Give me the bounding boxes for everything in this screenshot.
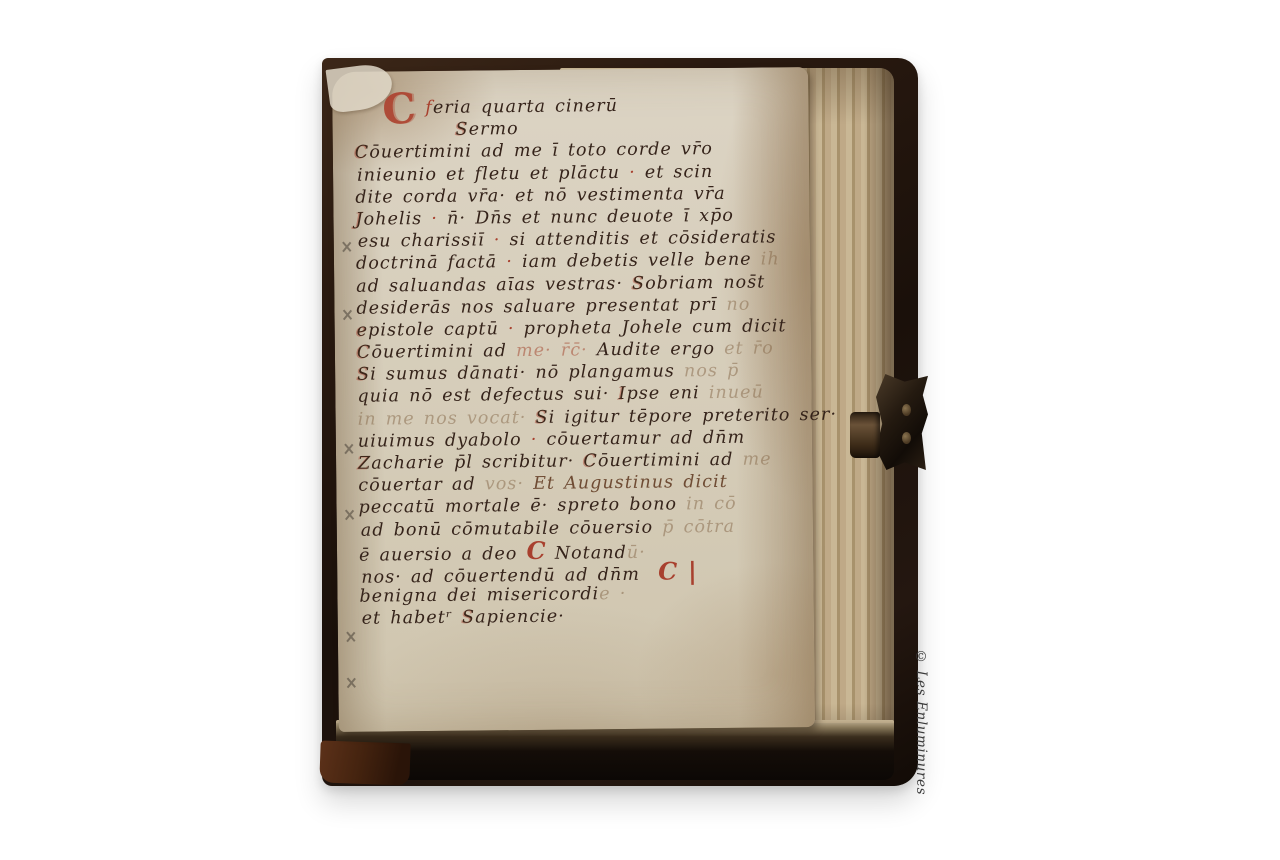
manuscript-text-segment: peccatū mortale ē· spreto bono [358, 495, 686, 518]
manuscript-text-segment: · [422, 209, 447, 229]
clasp-rivet [902, 432, 911, 444]
manuscript-text-segment: in cō [686, 494, 737, 515]
manuscript-text-segment: et r̄o [724, 338, 774, 359]
manuscript-text-segment: C [357, 343, 372, 363]
manuscript-text-segment: ōuertimini ad [371, 341, 516, 363]
manuscript-text-segment: et habetʳ [362, 608, 463, 629]
manuscript-text-segment: nos p̄ [684, 361, 740, 382]
manuscript-text-segment: Et Augustinus dicit [533, 472, 728, 494]
manuscript-text-segment: et scin [645, 162, 714, 183]
manuscript-text-segment: ū· [627, 542, 646, 562]
manuscript-book: C feria quarta cinerūSermoCōuertimini ad… [322, 56, 920, 796]
stitching-mark [344, 444, 354, 454]
manuscript-text-segment: n̄· Dn̄s et nunc deuote ī xp̄o [447, 206, 734, 229]
manuscript-text-segment: me· r̄c̄· [516, 340, 597, 361]
manuscript-text-segment: ad bonū cōmutabile cōuersio [361, 517, 663, 540]
clasp [850, 368, 932, 480]
manuscript-page: C feria quarta cinerūSermoCōuertimini ad… [332, 67, 815, 732]
manuscript-text-segment: inueū [709, 383, 764, 404]
manuscript-text-segment: iam debetis velle bene [522, 250, 761, 272]
manuscript-text-segment: C [526, 536, 545, 565]
manuscript-text-segment: doctrinā factā [356, 253, 497, 274]
text-block: feria quarta cinerūSermoCōuertimini ad m… [354, 93, 804, 630]
manuscript-text-segment: eria quarta cinerū [433, 96, 618, 118]
manuscript-text-segment: Z [358, 454, 371, 474]
manuscript-text-segment: in me nos vocat· [358, 408, 536, 430]
clasp-plate [876, 374, 928, 470]
stitching-mark [342, 242, 352, 252]
manuscript-text-segment: si attenditis et cōsideratis [509, 227, 776, 250]
manuscript-text-segment: i sumus dānati· nō plangamus [370, 362, 684, 385]
stitching-mark [346, 632, 356, 642]
manuscript-text-segment: cōuertar ad [358, 475, 485, 496]
manuscript-text-segment: i igitur tēpore preterito ser· [549, 404, 838, 427]
manuscript-text-segment: S [535, 407, 548, 427]
manuscript-text-segment: ohelis [364, 209, 423, 230]
manuscript-text-segment: · [522, 430, 547, 450]
manuscript-text-segment: ermo [469, 119, 519, 140]
manuscript-text-segment: p̄ cōtra [662, 516, 735, 537]
manuscript-text-segment: propheta Johele cum dicit [524, 316, 787, 339]
manuscript-text-segment: · [497, 252, 522, 272]
manuscript-text-segment: S [632, 273, 645, 293]
manuscript-text-segment: apiencie· [475, 607, 565, 628]
copyright-watermark: © Les Enluminures [913, 649, 929, 819]
manuscript-text-segment: · [620, 162, 645, 182]
manuscript-text-segment: S [456, 120, 469, 140]
clasp-catch [850, 412, 880, 458]
stitching-mark [345, 510, 355, 520]
manuscript-text-segment: vos· [485, 474, 533, 495]
manuscript-text-segment: me [742, 449, 771, 469]
manuscript-text-segment: pse eni [626, 384, 709, 405]
manuscript-text-segment: acharie p̄l scribitur· [371, 451, 583, 473]
manuscript-text-segment: C [355, 143, 370, 163]
photo-canvas: C feria quarta cinerūSermoCōuertimini ad… [0, 0, 1280, 860]
manuscript-text-segment: C | [658, 556, 697, 585]
spine-tail [319, 740, 410, 785]
manuscript-text-segment: ad saluandas aīas vestras· [356, 273, 632, 296]
manuscript-text-segment: pistole captū [368, 319, 499, 340]
manuscript-text-segment: e [357, 321, 369, 341]
stitching-mark [342, 310, 352, 320]
manuscript-text-segment: cōuertamur ad dn̄m [546, 428, 745, 450]
manuscript-line: et habetʳ Sapiencie· [360, 603, 804, 630]
manuscript-text-segment: uiuimus dyabolo [358, 430, 522, 452]
manuscript-text-segment: benigna dei misericordi [359, 584, 599, 607]
manuscript-text-segment: N [546, 543, 572, 563]
manuscript-text-segment: esu charissiī [358, 231, 485, 252]
manuscript-text-segment: e · [599, 584, 626, 604]
manuscript-text-segment: Audite ergo [597, 339, 724, 360]
manuscript-text-segment: inieunio et fletu et plāctu [357, 163, 620, 186]
manuscript-text-segment: ōuertimini ad [598, 450, 743, 472]
manuscript-text-segment: quia nō est defectus sui· [357, 384, 618, 407]
manuscript-text-segment: C [583, 451, 598, 471]
manuscript-text-segment: · [499, 319, 524, 339]
manuscript-text-segment: · [485, 230, 510, 250]
clasp-rivet [902, 404, 911, 416]
manuscript-text-segment: obriam nos̄t [645, 272, 765, 293]
manuscript-text-segment: ih [761, 250, 780, 270]
stitching-mark [346, 678, 356, 688]
manuscript-text-segment: no [726, 294, 750, 314]
manuscript-text-segment: S [357, 365, 370, 385]
manuscript-text-segment: dite corda vr̄a· et nō vestimenta vr̄a [355, 184, 726, 208]
manuscript-text-segment: ōuertimini ad me ī toto corde vr̄o [369, 139, 713, 163]
manuscript-text-segment: desiderās nos saluare presentat prī [356, 295, 726, 319]
manuscript-text-segment: S [462, 608, 475, 628]
manuscript-line: peccatū mortale ē· spreto bono in cō [358, 492, 802, 519]
